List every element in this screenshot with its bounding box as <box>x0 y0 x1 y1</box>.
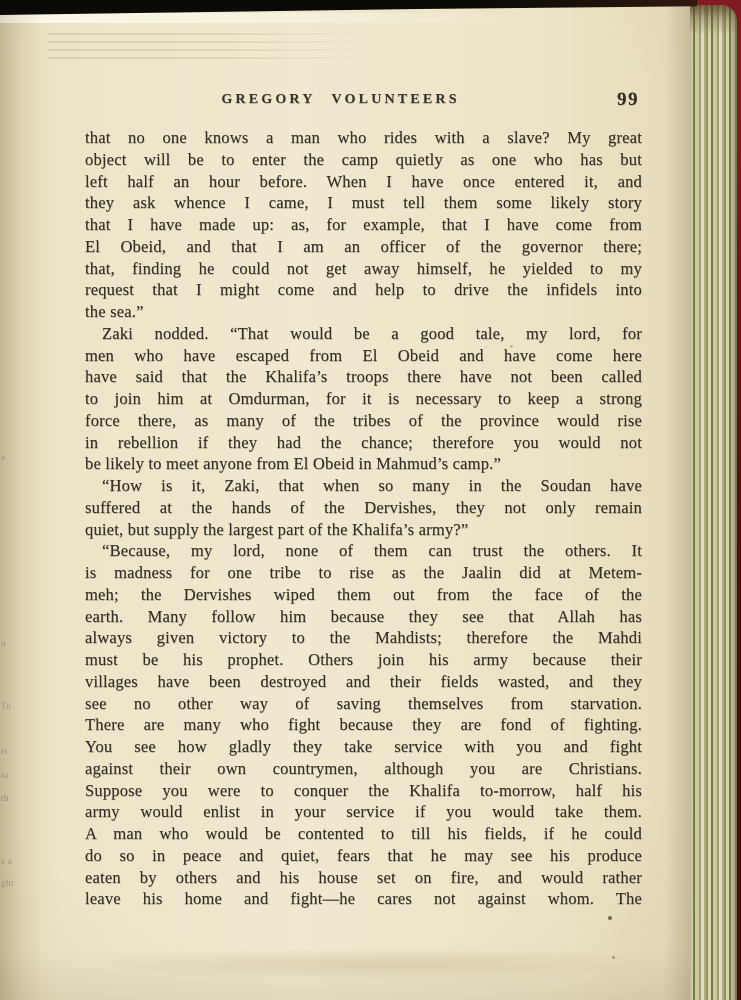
page-top-edge-streaks <box>48 27 368 63</box>
running-header: GREGORY VOLUNTEERS 99 <box>85 92 642 110</box>
text-line: meh; the Dervishes wiped them out from t… <box>85 584 642 606</box>
text-line: the sea.” <box>85 301 642 323</box>
text-line: There are many who fight because they ar… <box>85 714 642 736</box>
text-line: quiet, but supply the largest part of th… <box>85 519 642 541</box>
text-line: suffered at the hands of the Dervishes, … <box>85 497 642 519</box>
edge-text-fragment: to <box>1 770 9 780</box>
text-line: Suppose you were to conquer the Khalifa … <box>85 780 642 802</box>
page-number: 99 <box>617 89 639 111</box>
text-line: “Because, my lord, none of them can trus… <box>85 540 642 562</box>
page-stack-fore-edge <box>686 5 737 1000</box>
edge-text-fragment: is <box>1 746 8 756</box>
text-line: leave his home and fight—he cares not ag… <box>85 888 642 910</box>
body-text: that no one knows a man who rides with a… <box>85 127 642 910</box>
book-photo: anToistoths aght GREGORY VOLUNTEERS 99 t… <box>0 0 741 1000</box>
dust-speck <box>608 916 612 920</box>
paragraph: “How is it, Zaki, that when so many in t… <box>85 475 642 540</box>
text-line: object will be to enter the camp quietly… <box>85 149 642 171</box>
text-line: have said that the Khalifa’s troops ther… <box>85 366 642 388</box>
text-line: army would enlist in your service if you… <box>85 801 642 823</box>
text-line: left half an hour before. When I have on… <box>85 171 642 193</box>
edge-text-fragment: s a <box>1 856 12 866</box>
text-line: do so in peace and quiet, fears that he … <box>85 845 642 867</box>
text-line: that no one knows a man who rides with a… <box>85 127 642 149</box>
page-top-highlight <box>0 13 690 23</box>
text-line: eaten by others and his house set on fir… <box>85 867 642 889</box>
text-line: You see how gladly they take service wit… <box>85 736 642 758</box>
text-line: see no other way of saving themselves fr… <box>85 693 642 715</box>
page-content: GREGORY VOLUNTEERS 99 that no one knows … <box>85 92 642 910</box>
edge-text-fragment: th <box>1 793 9 803</box>
paragraph: that no one knows a man who rides with a… <box>85 127 642 323</box>
dust-speck <box>510 345 513 348</box>
paragraph: “Because, my lord, none of them can trus… <box>85 540 642 910</box>
text-line: villages have been destroyed and their f… <box>85 671 642 693</box>
text-line: request that I might come and help to dr… <box>85 279 642 301</box>
text-line: be likely to meet anyone from El Obeid i… <box>85 453 642 475</box>
text-line: El Obeid, and that I am an officer of th… <box>85 236 642 258</box>
facing-page-edge <box>0 0 42 1000</box>
text-line: force there, as many of the tribes of th… <box>85 410 642 432</box>
text-line: Zaki nodded. “That would be a good tale,… <box>85 323 642 345</box>
text-line: earth. Many follow him because they see … <box>85 606 642 628</box>
edge-text-fragment: To <box>1 701 11 711</box>
text-line: in rebellion if they had the chance; the… <box>85 432 642 454</box>
paragraph: Zaki nodded. “That would be a good tale,… <box>85 323 642 475</box>
text-line: that, finding he could not get away hims… <box>85 258 642 280</box>
text-line: against their own countrymen, although y… <box>85 758 642 780</box>
text-line: they ask whence I came, I must tell them… <box>85 192 642 214</box>
text-line: men who have escaped from El Obeid and h… <box>85 345 642 367</box>
text-line: is madness for one tribe to rise as the … <box>85 562 642 584</box>
book-page: anToistoths aght GREGORY VOLUNTEERS 99 t… <box>0 0 690 1000</box>
text-line: “How is it, Zaki, that when so many in t… <box>85 475 642 497</box>
text-line: A man who would be contented to till his… <box>85 823 642 845</box>
dust-speck <box>612 956 615 959</box>
text-line: must be his prophet. Others join his arm… <box>85 649 642 671</box>
page-bottom-smudge <box>88 950 658 978</box>
text-line: always given victory to the Mahdists; th… <box>85 627 642 649</box>
book-corner-shadow <box>686 5 737 35</box>
text-line: that I have made up: as, for example, th… <box>85 214 642 236</box>
edge-text-fragment: n <box>1 638 6 648</box>
edge-text-fragment: a <box>1 452 6 462</box>
edge-text-fragment: ght <box>1 878 14 888</box>
text-line: to join him at Omdurman, for it is neces… <box>85 388 642 410</box>
page-title: GREGORY VOLUNTEERS <box>62 92 619 108</box>
